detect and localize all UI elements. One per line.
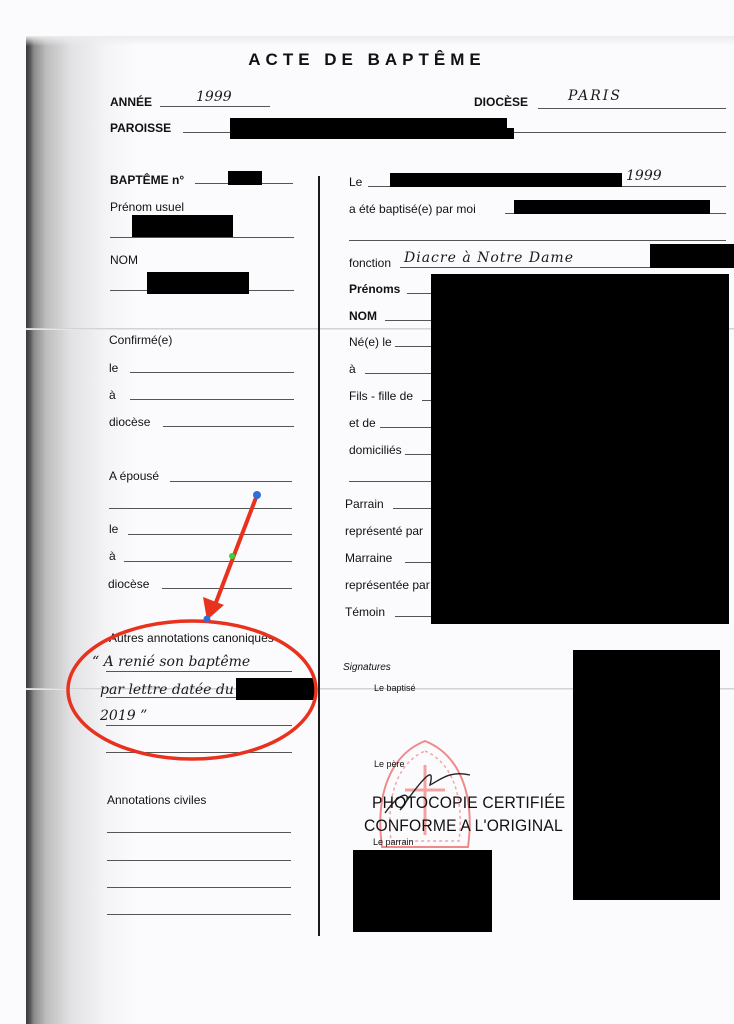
red-annotation-overlay: [0, 0, 734, 1024]
annotation-arrow-icon: [215, 495, 257, 605]
highlight-ellipse: [68, 621, 316, 759]
arrow-mid-handle[interactable]: [229, 553, 235, 559]
arrow-start-handle[interactable]: [253, 491, 261, 499]
arrow-end-handle[interactable]: [204, 616, 211, 623]
